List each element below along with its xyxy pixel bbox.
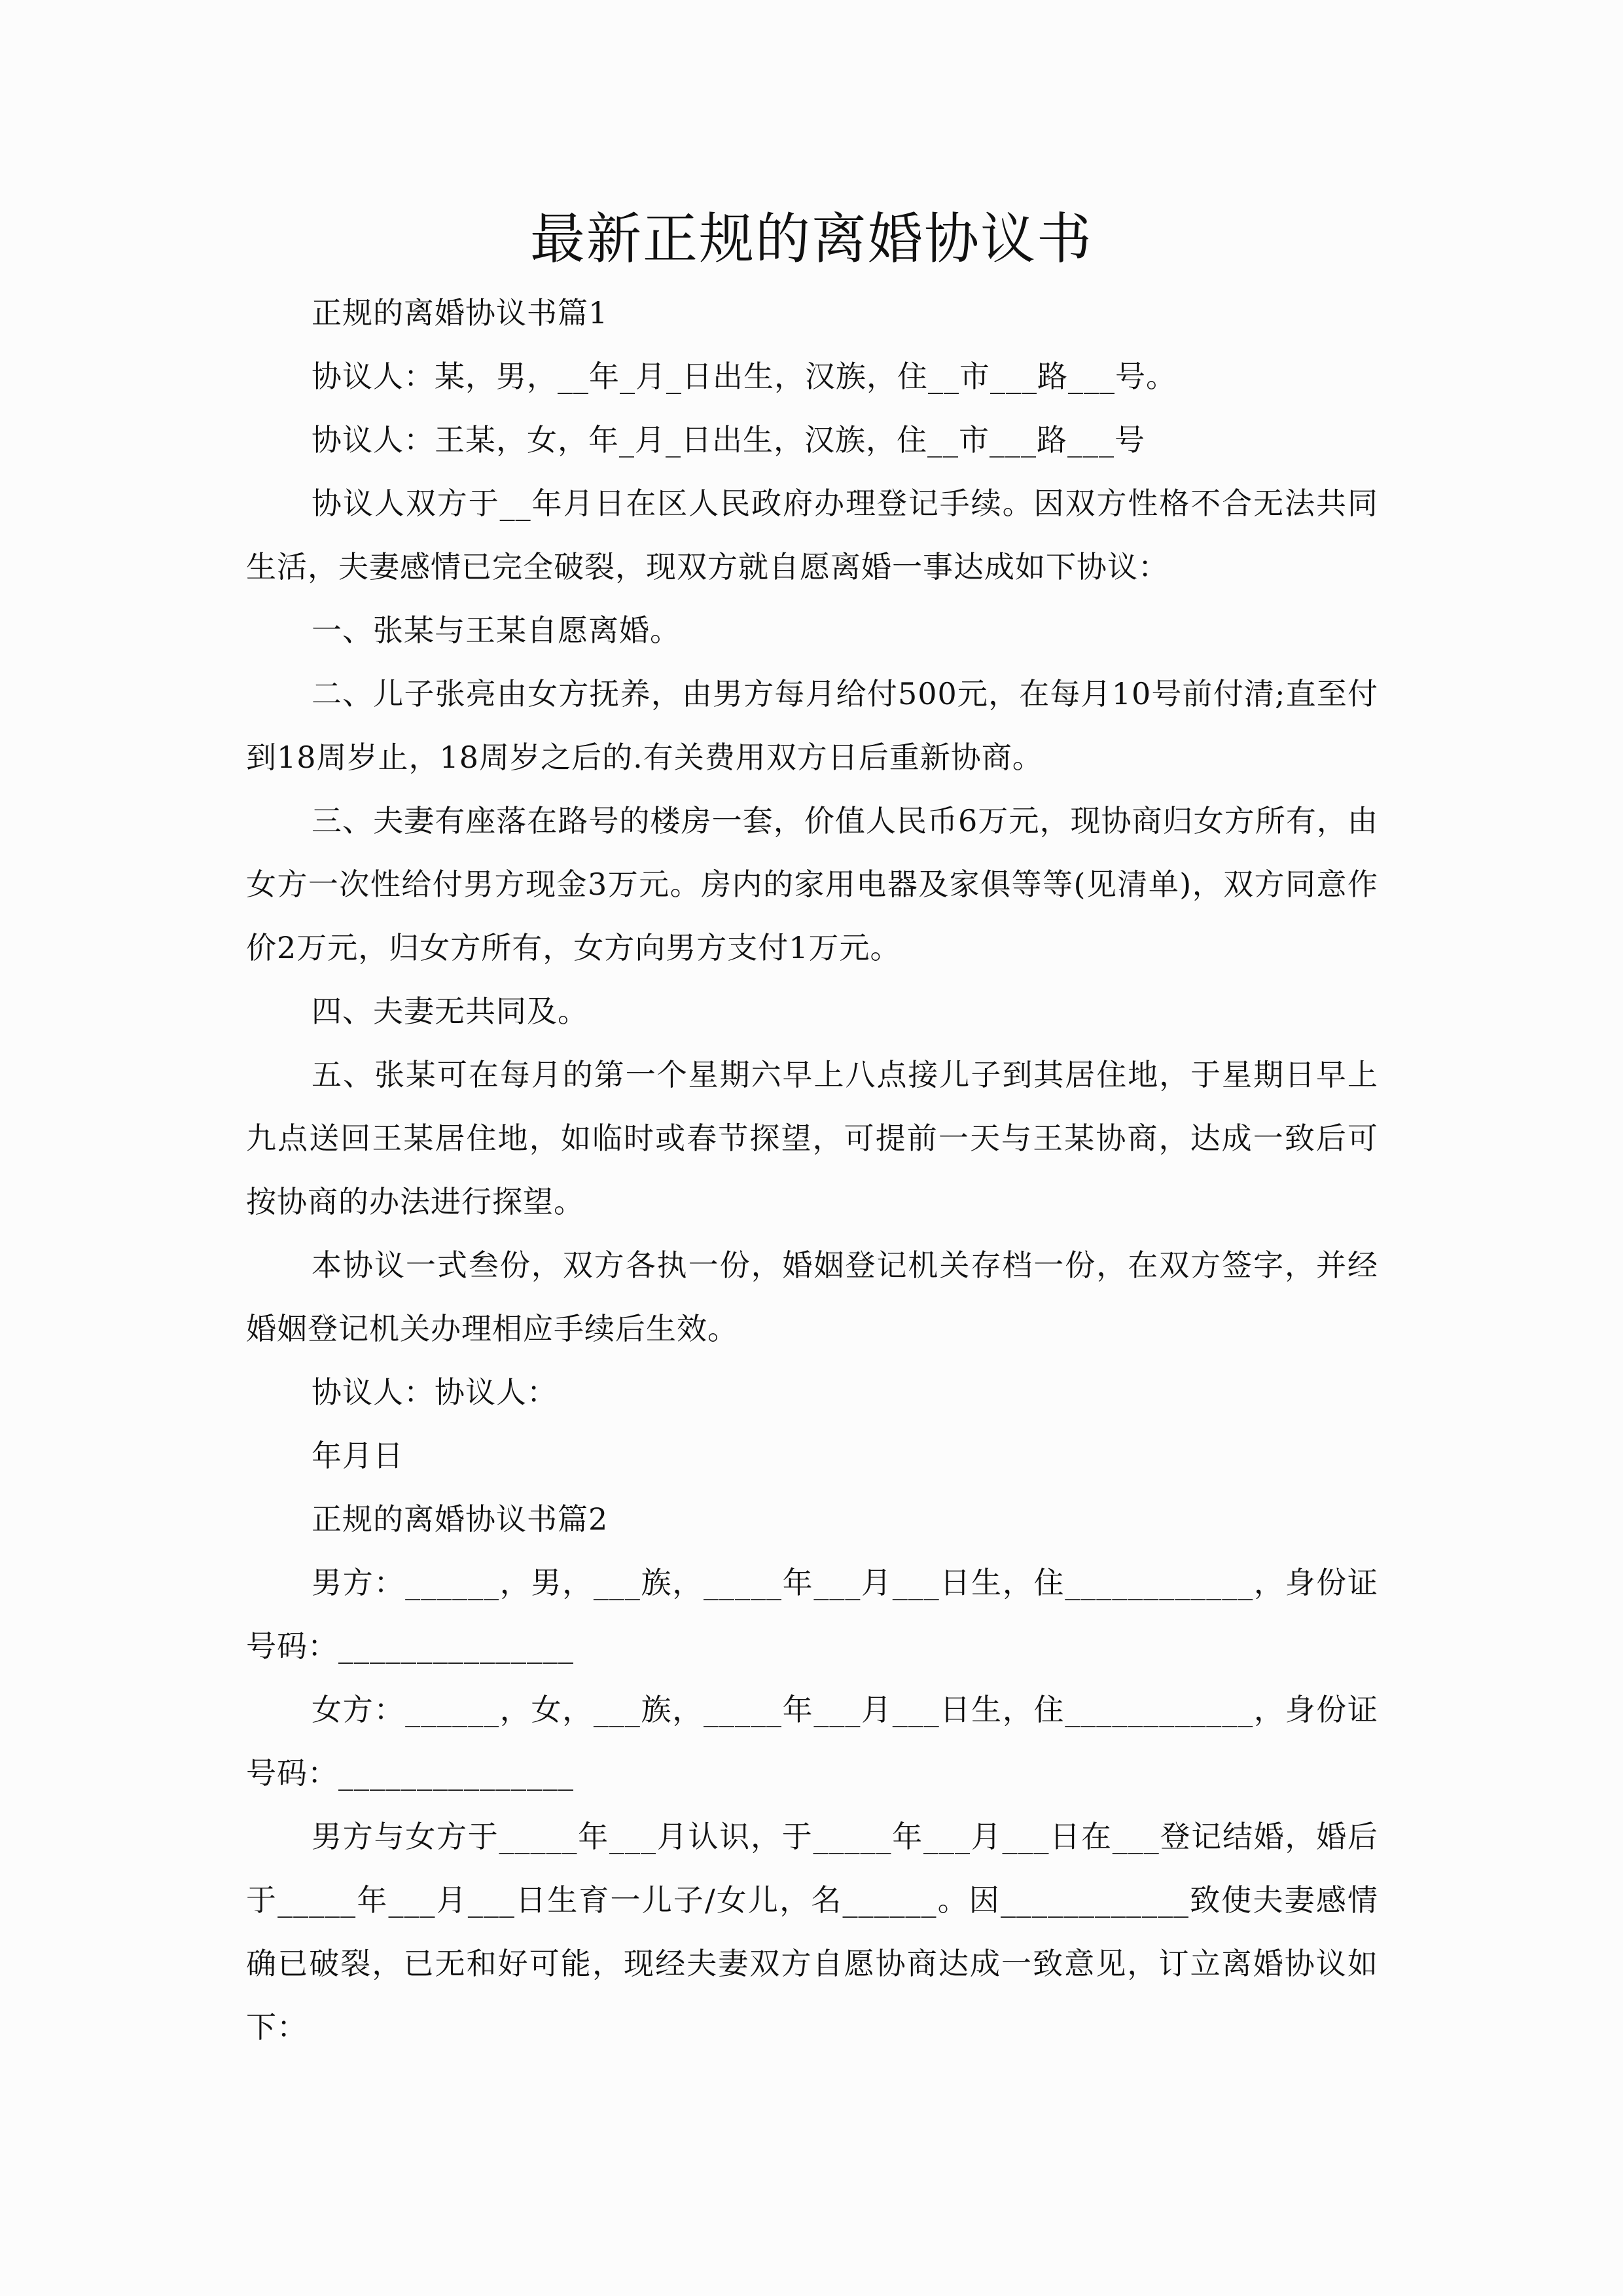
marriage-history-paragraph: 男方与女方于_____年___月认识，于_____年___月___日在___登记… bbox=[246, 1805, 1378, 2059]
preamble-paragraph: 协议人双方于__年月日在区人民政府办理登记手续。因双方性格不合无法共同生活，夫妻… bbox=[246, 472, 1378, 599]
signature-line: 协议人：协议人： bbox=[246, 1361, 1378, 1424]
male-party-form: 男方：______，男，___族，_____年___月___日生，住______… bbox=[246, 1551, 1378, 1678]
effectiveness-paragraph: 本协议一式叁份，双方各执一份，婚姻登记机关存档一份，在双方签字，并经婚姻登记机关… bbox=[246, 1234, 1378, 1361]
party-male-line: 协议人：某，男，__年_月_日出生，汉族，住__市___路___号。 bbox=[246, 345, 1378, 408]
section-heading-1: 正规的离婚协议书篇1 bbox=[246, 281, 1378, 345]
date-line: 年月日 bbox=[246, 1424, 1378, 1488]
document-body: 正规的离婚协议书篇1 协议人：某，男，__年_月_日出生，汉族，住__市___路… bbox=[246, 281, 1378, 2059]
document-page: 最新正规的离婚协议书 正规的离婚协议书篇1 协议人：某，男，__年_月_日出生，… bbox=[0, 0, 1623, 2296]
section-heading-2: 正规的离婚协议书篇2 bbox=[246, 1488, 1378, 1551]
clause-1: 一、张某与王某自愿离婚。 bbox=[246, 599, 1378, 662]
clause-2: 二、儿子张亮由女方抚养，由男方每月给付500元，在每月10号前付清;直至付到18… bbox=[246, 662, 1378, 789]
clause-4: 四、夫妻无共同及。 bbox=[246, 980, 1378, 1043]
female-party-form: 女方：______，女，___族，_____年___月___日生，住______… bbox=[246, 1678, 1378, 1805]
party-female-line: 协议人：王某，女，年_月_日出生，汉族，住__市___路___号 bbox=[246, 408, 1378, 472]
document-title: 最新正规的离婚协议书 bbox=[0, 196, 1623, 281]
clause-3: 三、夫妻有座落在路号的楼房一套，价值人民币6万元，现协商归女方所有，由女方一次性… bbox=[246, 789, 1378, 980]
clause-5: 五、张某可在每月的第一个星期六早上八点接儿子到其居住地，于星期日早上九点送回王某… bbox=[246, 1043, 1378, 1234]
